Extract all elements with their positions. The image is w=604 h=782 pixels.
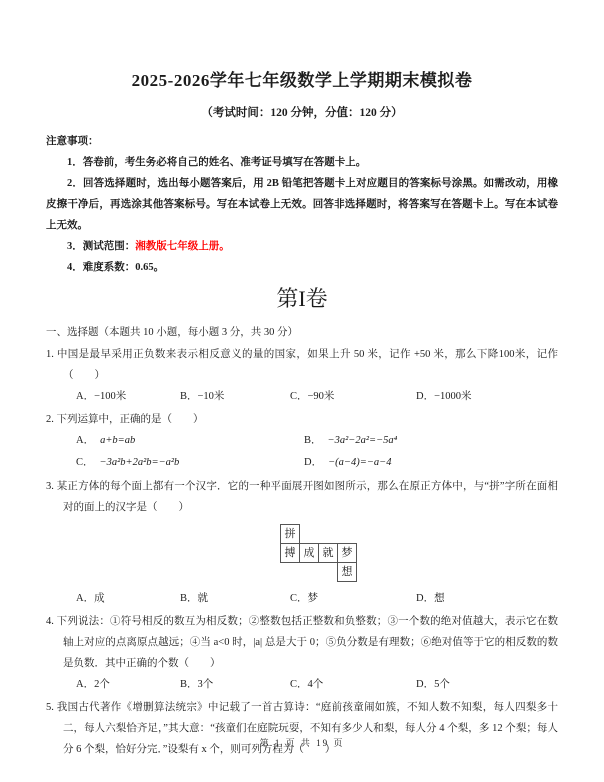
net-cell-bo: 搏: [280, 543, 300, 563]
exam-paper-page: 2025-2026学年七年级数学上学期期末模拟卷 （考试时间：120 分钟，分值…: [0, 0, 604, 782]
option-a: A．−100米: [76, 386, 180, 407]
question-4-text: 4. 下列说法：①符号相反的数互为相反数；②整数包括正整数和负整数；③一个数的绝…: [46, 611, 558, 674]
option-d-formula: −(a−4)=−a−4: [328, 457, 391, 468]
question-3: 3. 某正方体的每个面上都有一个汉字．它的一种平面展开图如图所示，那么在原正方体…: [46, 476, 558, 609]
net-cell-xiang: 想: [337, 562, 357, 582]
option-c: C．−90米: [290, 386, 416, 407]
question-5-text: 5. 我国古代著作《增删算法统宗》中记载了一首古算诗：“庭前孩童闹如簇，不知人数…: [46, 697, 558, 760]
option-b: B．−10米: [180, 386, 290, 407]
notice-item-3-label: 3．测试范围：: [67, 241, 135, 252]
option-c: C．梦: [290, 588, 416, 609]
option-a: A．2个: [76, 674, 180, 695]
option-d-label: D．: [304, 457, 322, 468]
option-d: D．−(a−4)=−a−4: [304, 452, 558, 474]
section-heading: 一、选择题（本题共 10 小题，每小题 3 分，共 30 分）: [46, 322, 558, 343]
option-b: B．3个: [180, 674, 290, 695]
question-2-options: A．a+b=ab B．−3a²−2a²=−5a⁴ C．−3a²b+2a²b=−a…: [46, 430, 558, 474]
notice-item-2: 2．回答选择题时，选出每小题答案后，用 2B 铅笔把答题卡上对应题目的答案标号涂…: [46, 173, 558, 236]
option-c-formula: −3a²b+2a²b=−a²b: [100, 457, 180, 468]
question-3-options: A．成 B．就 C．梦 D．想: [46, 588, 558, 609]
page-title: 2025-2026学年七年级数学上学期期末模拟卷: [46, 70, 558, 92]
question-2-text: 2. 下列运算中，正确的是（ ）: [46, 409, 558, 430]
option-d: D．5个: [416, 674, 558, 695]
cube-net-figure: 拼 搏 成 就 梦 想: [280, 524, 360, 584]
question-4: 4. 下列说法：①符号相反的数互为相反数；②整数包括正整数和负整数；③一个数的绝…: [46, 611, 558, 695]
exam-meta-subtitle: （考试时间：120 分钟，分值：120 分）: [46, 104, 558, 122]
option-d: D．想: [416, 588, 558, 609]
volume-title: 第I卷: [46, 285, 558, 313]
notice-heading: 注意事项：: [46, 131, 558, 152]
option-a-label: A．: [76, 435, 94, 446]
option-c-label: C．: [76, 457, 94, 468]
net-cell-meng: 梦: [337, 543, 357, 563]
question-3-text: 3. 某正方体的每个面上都有一个汉字．它的一种平面展开图如图所示，那么在原正方体…: [46, 476, 558, 518]
question-1-text: 1. 中国是最早采用正负数来表示相反意义的量的国家，如果上升 50 米，记作 +…: [46, 344, 558, 386]
question-1-options: A．−100米 B．−10米 C．−90米 D．−1000米: [46, 386, 558, 407]
net-cell-jiu: 就: [318, 543, 338, 563]
question-5: 5. 我国古代著作《增删算法统宗》中记载了一首古算诗：“庭前孩童闹如簇，不知人数…: [46, 697, 558, 760]
option-c: C．−3a²b+2a²b=−a²b: [76, 452, 304, 474]
test-scope-highlight: 湘教版七年级上册。: [135, 241, 230, 252]
notice-item-4: 4．难度系数：0.65。: [46, 257, 558, 278]
net-cell-cheng: 成: [299, 543, 319, 563]
option-c: C．4个: [290, 674, 416, 695]
notice-item-3: 3．测试范围：湘教版七年级上册。: [46, 236, 558, 257]
option-a: A．a+b=ab: [76, 430, 304, 452]
net-cell-pin: 拼: [280, 524, 300, 544]
question-4-options: A．2个 B．3个 C．4个 D．5个: [46, 674, 558, 695]
option-b-formula: −3a²−2a²=−5a⁴: [328, 435, 398, 446]
option-b: B．就: [180, 588, 290, 609]
option-a-formula: a+b=ab: [100, 435, 135, 446]
page-footer: 第 1 页 共 19 页: [0, 736, 604, 749]
option-b-label: B．: [304, 435, 322, 446]
option-d: D．−1000米: [416, 386, 558, 407]
notice-item-1: 1．答卷前，考生务必将自己的姓名、准考证号填写在答题卡上。: [46, 152, 558, 173]
option-a: A．成: [76, 588, 180, 609]
question-2: 2. 下列运算中，正确的是（ ） A．a+b=ab B．−3a²−2a²=−5a…: [46, 409, 558, 474]
question-1: 1. 中国是最早采用正负数来表示相反意义的量的国家，如果上升 50 米，记作 +…: [46, 344, 558, 407]
notice-section: 注意事项： 1．答卷前，考生务必将自己的姓名、准考证号填写在答题卡上。 2．回答…: [46, 131, 558, 278]
option-b: B．−3a²−2a²=−5a⁴: [304, 430, 558, 452]
